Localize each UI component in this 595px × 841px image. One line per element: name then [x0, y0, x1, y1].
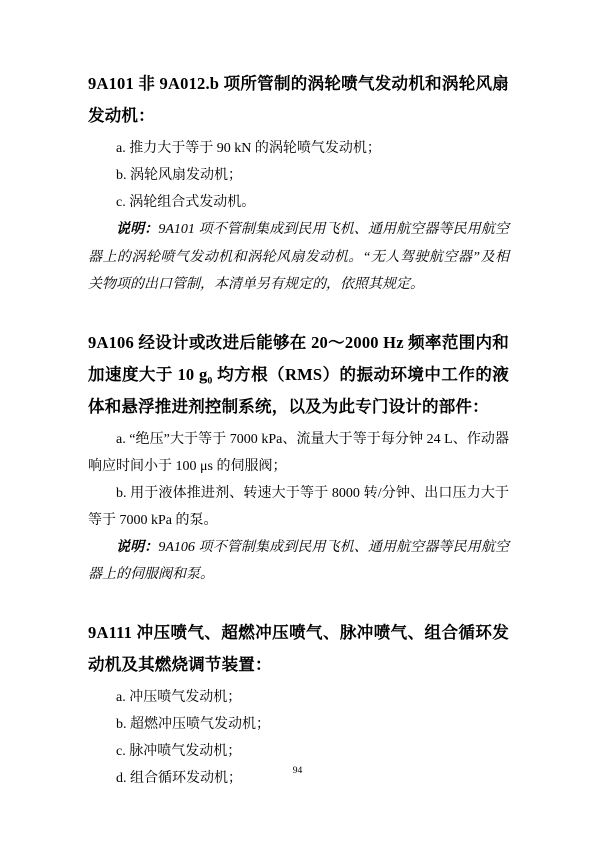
list-item-9A106-b: b. 用于液体推进剂、转速大于等于 8000 转/分钟、出口压力大于等于 700… — [88, 480, 509, 534]
note-label: 说明： — [116, 222, 158, 237]
page-number: 94 — [0, 764, 595, 778]
list-item-9A111-b: b. 超燃冲压喷气发动机； — [88, 711, 509, 738]
list-item-9A106-a: a. “绝压”大于等于 7000 kPa、流量大于等于每分钟 24 L、作动器响… — [88, 426, 509, 480]
note-paragraph-9A101: 说明：9A101 项不管制集成到民用飞机、通用航空器等民用航空器上的涡轮喷气发动… — [88, 216, 509, 299]
page-content: 9A101 非 9A012.b 项所管制的涡轮喷气发动机和涡轮风扇发动机： a.… — [88, 68, 509, 792]
document-page: 9A101 非 9A012.b 项所管制的涡轮喷气发动机和涡轮风扇发动机： a.… — [0, 0, 595, 841]
entry-heading-9A111: 9A111 冲压喷气、超燃冲压喷气、脉冲喷气、组合循环发动机及其燃烧调节装置： — [88, 617, 509, 681]
list-item-9A101-c: c. 涡轮组合式发动机。 — [88, 189, 509, 216]
entry-9A106: 9A106 经设计或改进后能够在 20～2000 Hz 频率范围内和加速度大于 … — [88, 327, 509, 589]
entry-9A101: 9A101 非 9A012.b 项所管制的涡轮喷气发动机和涡轮风扇发动机： a.… — [88, 68, 509, 299]
note-paragraph-9A106: 说明：9A106 项不管制集成到民用飞机、通用航空器等民用航空器上的伺服阀和泵。 — [88, 534, 509, 589]
note-label: 说明： — [116, 540, 158, 555]
list-item-9A111-c: c. 脉冲喷气发动机； — [88, 738, 509, 765]
list-item-9A101-a: a. 推力大于等于 90 kN 的涡轮喷气发动机； — [88, 135, 509, 162]
list-item-9A111-a: a. 冲压喷气发动机； — [88, 684, 509, 711]
list-item-9A101-b: b. 涡轮风扇发动机； — [88, 162, 509, 189]
entry-heading-9A106: 9A106 经设计或改进后能够在 20～2000 Hz 频率范围内和加速度大于 … — [88, 327, 509, 423]
entry-heading-9A101: 9A101 非 9A012.b 项所管制的涡轮喷气发动机和涡轮风扇发动机： — [88, 68, 509, 132]
